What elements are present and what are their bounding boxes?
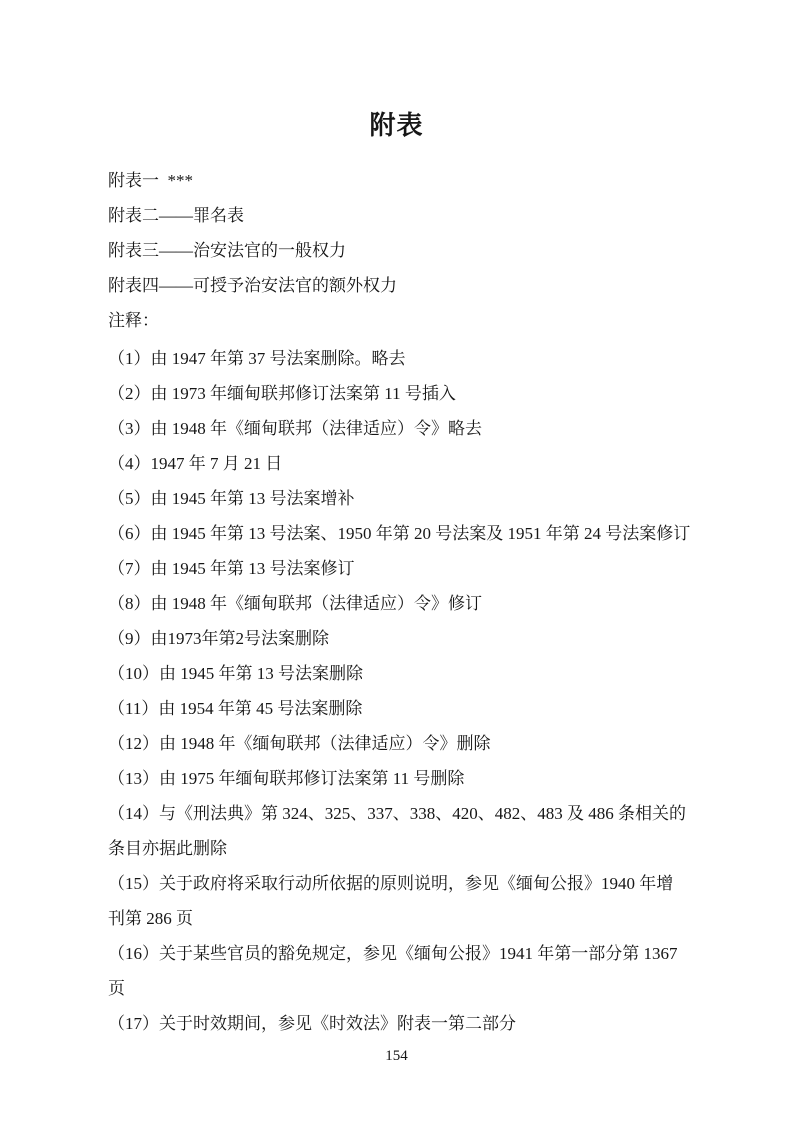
- page-title: 附表: [0, 110, 793, 142]
- notes-heading: 注释：: [108, 303, 733, 338]
- note-line-9: （9）由1973年第2号法案删除: [108, 621, 753, 656]
- note-line-4: （4）1947 年 7 月 21 日: [108, 446, 753, 481]
- note-line-1: （1）由 1947 年第 37 号法案删除。略去: [108, 341, 753, 376]
- schedule-item-3: 附表三——治安法官的一般权力: [108, 233, 733, 268]
- note-line-11: （11）由 1954 年第 45 号法案删除: [108, 691, 753, 726]
- note-line-17: （17）关于时效期间，参见《时效法》附表一第二部分: [108, 1006, 753, 1041]
- note-line-15-continued: 刊第 286 页: [108, 901, 753, 936]
- note-line-15: （15）关于政府将采取行动所依据的原则说明，参见《缅甸公报》1940 年增: [108, 866, 753, 901]
- page-number: 154: [0, 1046, 793, 1066]
- schedule-list: 附表一 *** 附表二——罪名表 附表三——治安法官的一般权力 附表四——可授予…: [108, 163, 733, 338]
- note-line-6: （6）由 1945 年第 13 号法案、1950 年第 20 号法案及 1951…: [108, 516, 753, 551]
- notes-list: （1）由 1947 年第 37 号法案删除。略去 （2）由 1973 年缅甸联邦…: [108, 341, 753, 1041]
- note-line-16-continued: 页: [108, 971, 753, 1006]
- note-line-12: （12）由 1948 年《缅甸联邦（法律适应）令》删除: [108, 726, 753, 761]
- note-line-3: （3）由 1948 年《缅甸联邦（法律适应）令》略去: [108, 411, 753, 446]
- note-line-10: （10）由 1945 年第 13 号法案删除: [108, 656, 753, 691]
- note-line-13: （13）由 1975 年缅甸联邦修订法案第 11 号删除: [108, 761, 753, 796]
- schedule-item-2: 附表二——罪名表: [108, 198, 733, 233]
- note-line-14-continued: 条目亦据此删除: [108, 831, 753, 866]
- schedule-item-4: 附表四——可授予治安法官的额外权力: [108, 268, 733, 303]
- document-page: 附表 附表一 *** 附表二——罪名表 附表三——治安法官的一般权力 附表四——…: [0, 0, 793, 1122]
- note-line-7: （7）由 1945 年第 13 号法案修订: [108, 551, 753, 586]
- note-line-8: （8）由 1948 年《缅甸联邦（法律适应）令》修订: [108, 586, 753, 621]
- schedule-item-1: 附表一 ***: [108, 163, 733, 198]
- note-line-5: （5）由 1945 年第 13 号法案增补: [108, 481, 753, 516]
- note-line-16: （16）关于某些官员的豁免规定，参见《缅甸公报》1941 年第一部分第 1367: [108, 936, 753, 971]
- note-line-14: （14）与《刑法典》第 324、325、337、338、420、482、483 …: [108, 796, 753, 831]
- note-line-2: （2）由 1973 年缅甸联邦修订法案第 11 号插入: [108, 376, 753, 411]
